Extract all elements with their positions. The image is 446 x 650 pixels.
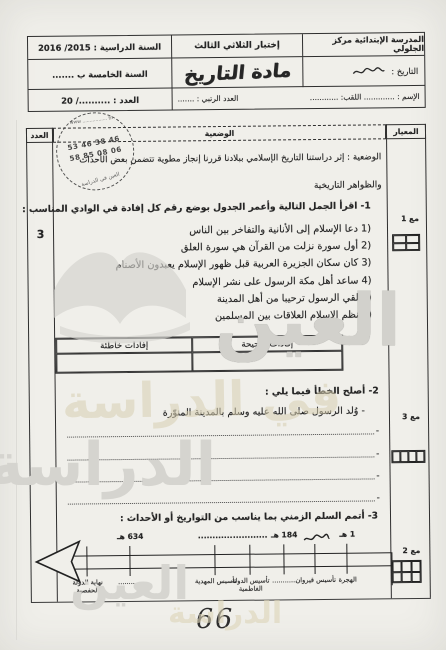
item-number: 6) <box>362 309 372 320</box>
answer-dash: - <box>376 473 379 479</box>
answer-line: - <box>67 425 379 437</box>
answer-line: - <box>68 470 380 482</box>
question2-statement: - وُلد الرسول صلى الله عليه وسلم بالمدين… <box>57 405 387 419</box>
handwritten-mark: 3 <box>28 228 53 241</box>
dotted-answer-rule <box>67 448 374 460</box>
item-text: كان سكان الجزيرة العربية قبل ظهور الإسلا… <box>116 258 359 272</box>
subject-title: مادة التاريخ <box>183 59 292 86</box>
timeline-tick <box>314 544 315 574</box>
answer-line: - <box>67 448 379 460</box>
score-grid-3 <box>391 560 421 583</box>
timeline-tick <box>86 546 87 576</box>
answer-dash: - <box>376 428 379 434</box>
timeline-event-blank: ............ <box>108 579 154 587</box>
criterion-margin-column: مع 1 مع 3 مع 2 <box>386 124 431 598</box>
timeline-tick <box>129 546 130 576</box>
table-header-wrong: إفادات خاطئة <box>56 337 192 353</box>
score-grid-2 <box>391 450 425 463</box>
item-text: نظم الإسلام العلاقات بين المسلمين <box>215 310 359 323</box>
item-number: 2) <box>361 241 371 252</box>
item-number: 1) <box>361 223 371 234</box>
statement-item: 6)نظم الإسلام العلاقات بين المسلمين <box>56 309 386 330</box>
question3-prompt: 3- أتمم السلم الزمني بما يناسب من التوار… <box>58 510 388 524</box>
timeline-event: تأسيس المهدية <box>193 578 239 586</box>
item-number: 5) <box>362 292 372 303</box>
table-cell-correct-answers <box>192 351 342 372</box>
timeline-date: 1 هـ <box>325 529 369 538</box>
question1-items: 1)دعا الإسلام إلى الأنانية والتفاخر بين … <box>55 223 386 330</box>
criterion-label-3: مع 2 <box>402 546 420 555</box>
name-field: الإسم : ............. اللقب: ...........… <box>310 92 420 102</box>
table-cell-wrong-answers <box>56 352 192 372</box>
criterion-label-1: مع 1 <box>401 214 419 223</box>
school-year: السنة الدراسية : 2015/ 2016 <box>28 36 171 60</box>
timeline-tick <box>214 545 215 575</box>
item-text: ساعد أهل مكة الرسول على نشر الإسلام <box>192 275 358 288</box>
timeline-date: 634 هـ <box>108 532 152 541</box>
dotted-answer-rule <box>68 470 375 482</box>
subject-title-cell: مادة التاريخ <box>171 57 302 88</box>
item-text: لقي الرسول ترحيبا من أهل المدينة <box>217 292 359 304</box>
item-text: دعا الإسلام إلى الأنانية والتفاخر بين ال… <box>189 224 358 237</box>
mark-field: العدد : ........../ 20 <box>29 89 172 111</box>
exam-header-table: المدرسة الإبتدائية مركز الجلولي إختبار ا… <box>27 32 426 112</box>
timeline-tick <box>283 544 284 574</box>
timeline: 1 هـ 184 هـ ............ ............ 63… <box>32 528 395 602</box>
dotted-answer-rule <box>67 425 374 437</box>
question2-prompt: 2- أصلح الخطأ فيما يلي : <box>57 385 387 399</box>
timeline-arrowhead-icon <box>33 539 81 584</box>
circular-stamp: www ................. tn 53 46 38 46 58 … <box>50 106 141 197</box>
class-line: السنة الخامسة ب ....... <box>28 59 171 90</box>
dotted-answer-rule <box>68 492 375 504</box>
timeline-date-blank: ............ <box>193 531 237 540</box>
answer-dash: - <box>377 495 380 501</box>
timeline-event: نهاية الدولة الحفصية <box>65 579 111 595</box>
date-field: التاريخ : <box>302 56 424 87</box>
handwritten-date-scribble <box>351 65 385 77</box>
scanned-exam-page: العين الدراسة في الدراسة العين الدراسة ا… <box>0 0 446 650</box>
criterion-label-2: مع 3 <box>402 412 420 421</box>
school-name: المدرسة الإبتدائية مركز الجلولي <box>302 33 424 57</box>
score-grid-1 <box>392 234 420 251</box>
item-number: 3) <box>361 258 371 269</box>
timeline-tick <box>346 544 347 574</box>
item-text: أول سورة نزلت من القرآن هي سورة العلق <box>181 241 358 254</box>
exam-title: إختبار الثلاثي الثالث <box>171 34 302 58</box>
rank-field: العدد الرتبي : ....... <box>178 94 239 104</box>
answer-line: - <box>68 492 380 504</box>
date-label: التاريخ : <box>391 65 418 75</box>
answer-dash: - <box>376 451 379 457</box>
timeline-shaft <box>74 552 391 569</box>
item-number: 4) <box>361 275 371 286</box>
question1-prompt: 1- اقرأ الجمل التالية وأعمر الجدول بوضع … <box>55 200 385 214</box>
name-row: الإسم : ............. اللقب: ...........… <box>172 86 425 110</box>
timeline-tick <box>249 545 250 575</box>
table-header-correct: إفادات صحيحة <box>192 336 342 353</box>
handwritten-answer-scribble <box>302 533 330 544</box>
classification-table: إفادات صحيحة إفادات خاطئة <box>55 335 343 374</box>
timeline-origin-bracket <box>391 552 392 585</box>
page-number: 66 <box>196 604 234 635</box>
